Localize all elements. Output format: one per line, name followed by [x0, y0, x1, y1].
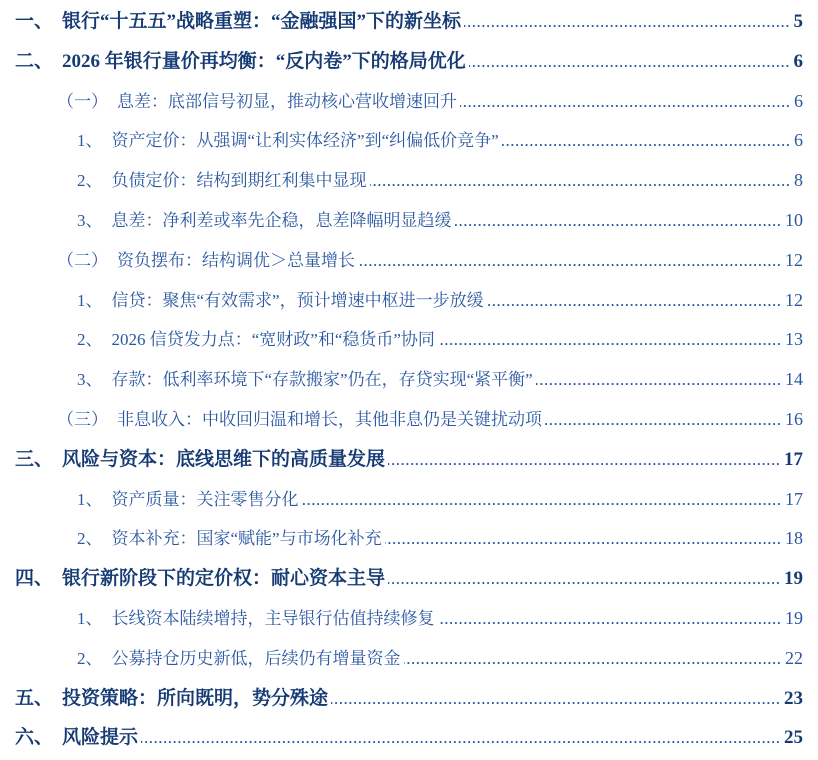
dot-leader: ........................................…	[502, 122, 791, 162]
toc-entry[interactable]: 一、 银行“十五五”战略重塑：“金融强国”下的新坐标 .............…	[15, 2, 803, 42]
toc-entry-number: 2、	[77, 519, 103, 559]
toc-entry-page: 13	[785, 320, 803, 360]
toc-entry[interactable]: 二、 2026 年银行量价再均衡：“反内卷”下的格局优化 ...........…	[15, 42, 803, 82]
dot-leader: ........................................…	[358, 242, 782, 282]
dot-leader: ........................................…	[545, 401, 782, 441]
dot-leader: ........................................…	[370, 162, 792, 202]
dot-leader: ........................................…	[438, 321, 782, 361]
toc-entry-number: 1、	[77, 480, 103, 520]
toc-entry[interactable]: （二） 资负摆布：结构调优＞总量增长 .....................…	[15, 241, 803, 281]
toc-entry-number: 二、	[15, 42, 53, 82]
dot-leader: ........................................…	[455, 202, 783, 242]
toc-entry-number: 2、	[77, 639, 103, 679]
toc-entry-number: 一、	[15, 2, 53, 42]
toc-entry-title: 2026 信贷发力点：“宽财政”和“稳货币”协同	[112, 320, 435, 360]
toc-entry-number: 三、	[15, 440, 53, 480]
toc-entry[interactable]: 3、 存款：低利率环境下“存款搬家”仍在，存贷实现“紧平衡” .........…	[15, 360, 803, 400]
toc-entry[interactable]: 六、 风险提示 ................................…	[15, 718, 803, 758]
toc-entry-number: 1、	[77, 121, 103, 161]
toc-entry[interactable]: 1、 信贷：聚焦“有效需求”，预计增速中枢进一步放缓 .............…	[15, 281, 803, 321]
toc-entry-title: 资负摆布：结构调优＞总量增长	[117, 241, 355, 281]
dot-leader: ........................................…	[536, 361, 782, 401]
toc-entry-number: 2、	[77, 320, 103, 360]
dot-leader: ........................................…	[141, 719, 781, 759]
dot-leader: ........................................…	[404, 640, 783, 680]
toc-entry-title: 资本补充：国家“赋能”与市场化补充	[112, 519, 382, 559]
toc-entry-page: 6	[794, 121, 803, 161]
toc-entry[interactable]: 1、 资产定价：从强调“让利实体经济”到“纠偏低价竞争” ...........…	[15, 121, 803, 161]
toc-entry-page: 18	[785, 519, 803, 559]
toc-entry[interactable]: 2、 资本补充：国家“赋能”与市场化补充 ...................…	[15, 519, 803, 559]
toc-entry-title: 2026 年银行量价再均衡：“反内卷”下的格局优化	[62, 42, 466, 82]
dot-leader: ........................................…	[460, 83, 791, 123]
toc-entry-title: 信贷：聚焦“有效需求”，预计增速中枢进一步放缓	[112, 281, 484, 321]
toc-entry-number: 五、	[15, 679, 53, 719]
toc-entry[interactable]: （三） 非息收入：中收回归温和增长，其他非息仍是关键扰动项 ..........…	[15, 400, 803, 440]
toc-entry-page: 16	[785, 400, 803, 440]
toc-entry-page: 6	[794, 42, 804, 82]
toc-entry-page: 5	[794, 2, 804, 42]
toc-entry-page: 6	[794, 82, 803, 122]
dot-leader: ........................................…	[388, 441, 781, 481]
toc-entry-number: （一）	[57, 82, 108, 122]
toc-entry-title: 投资策略：所向既明，势分殊途	[62, 679, 328, 719]
toc-entry[interactable]: 3、 息差：净利差或率先企稳，息差降幅明显趋缓 ................…	[15, 201, 803, 241]
toc-entry[interactable]: 1、 资产质量：关注零售分化 .........................…	[15, 480, 803, 520]
toc-entry[interactable]: 2、 负债定价：结构到期红利集中显现 .....................…	[15, 161, 803, 201]
toc-entry-page: 14	[785, 360, 803, 400]
toc-entry-title: 存款：低利率环境下“存款搬家”仍在，存贷实现“紧平衡”	[112, 360, 533, 400]
toc-entry-page: 12	[785, 281, 803, 321]
toc-entry[interactable]: 1、 长线资本陆续增持，主导银行估值持续修复 .................…	[15, 599, 803, 639]
toc-entry-title: 负债定价：结构到期红利集中显现	[112, 161, 367, 201]
dot-leader: ........................................…	[438, 600, 783, 640]
toc-entry-page: 23	[784, 679, 803, 719]
toc-entry-title: 风险与资本：底线思维下的高质量发展	[62, 440, 385, 480]
toc-entry-title: 资产定价：从强调“让利实体经济”到“纠偏低价竞争”	[112, 121, 499, 161]
dot-leader: ........................................…	[469, 43, 791, 83]
toc-entry-page: 10	[785, 201, 803, 241]
dot-leader: ........................................…	[385, 520, 782, 560]
toc-entry-title: 长线资本陆续增持，主导银行估值持续修复	[112, 599, 435, 639]
toc-entry-page: 8	[794, 161, 803, 201]
toc-entry-page: 19	[785, 599, 803, 639]
toc-entry[interactable]: 四、 银行新阶段下的定价权：耐心资本主导 ...................…	[15, 559, 803, 599]
toc-entry-number: （三）	[57, 400, 108, 440]
toc-entry-page: 17	[785, 480, 803, 520]
dot-leader: ........................................…	[487, 282, 782, 322]
toc-entry-number: 1、	[77, 599, 103, 639]
toc-entry[interactable]: 2、 2026 信贷发力点：“宽财政”和“稳货币”协同 ............…	[15, 320, 803, 360]
toc-entry-title: 银行新阶段下的定价权：耐心资本主导	[62, 559, 385, 599]
dot-leader: ........................................…	[464, 3, 790, 43]
toc-entry-number: 3、	[77, 201, 103, 241]
toc-entry-page: 25	[784, 718, 803, 758]
dot-leader: ........................................…	[331, 680, 781, 720]
toc-entry-number: 2、	[77, 161, 103, 201]
toc-entry-number: 3、	[77, 360, 103, 400]
toc-entry-title: 息差：底部信号初显，推动核心营收增速回升	[117, 82, 457, 122]
toc-entry-page: 17	[784, 440, 803, 480]
toc-entry-title: 非息收入：中收回归温和增长，其他非息仍是关键扰动项	[117, 400, 542, 440]
dot-leader: ........................................…	[302, 481, 783, 521]
toc-entry-title: 资产质量：关注零售分化	[112, 480, 299, 520]
toc-entry-number: 1、	[77, 281, 103, 321]
toc-entry[interactable]: 2、 公募持仓历史新低，后续仍有增量资金 ...................…	[15, 639, 803, 679]
toc-entry-number: 六、	[15, 718, 53, 758]
toc-entry[interactable]: （一） 息差：底部信号初显，推动核心营收增速回升 ...............…	[15, 82, 803, 122]
toc-entry[interactable]: 五、 投资策略：所向既明，势分殊途 ......................…	[15, 679, 803, 719]
toc-entry-page: 22	[785, 639, 803, 679]
toc-entry-title: 银行“十五五”战略重塑：“金融强国”下的新坐标	[62, 2, 461, 42]
toc-entry-title: 风险提示	[62, 718, 138, 758]
dot-leader: ........................................…	[388, 560, 781, 600]
toc-entry-page: 12	[785, 241, 803, 281]
toc-entry-number: 四、	[15, 559, 53, 599]
toc-entry-page: 19	[784, 559, 803, 599]
toc-entry[interactable]: 三、 风险与资本：底线思维下的高质量发展 ...................…	[15, 440, 803, 480]
toc-entry-number: （二）	[57, 241, 108, 281]
toc-list: 一、 银行“十五五”战略重塑：“金融强国”下的新坐标 .............…	[15, 2, 803, 758]
toc-entry-title: 息差：净利差或率先企稳，息差降幅明显趋缓	[112, 201, 452, 241]
toc-entry-title: 公募持仓历史新低，后续仍有增量资金	[112, 639, 401, 679]
toc-page: 一、 银行“十五五”战略重塑：“金融强国”下的新坐标 .............…	[0, 0, 818, 760]
